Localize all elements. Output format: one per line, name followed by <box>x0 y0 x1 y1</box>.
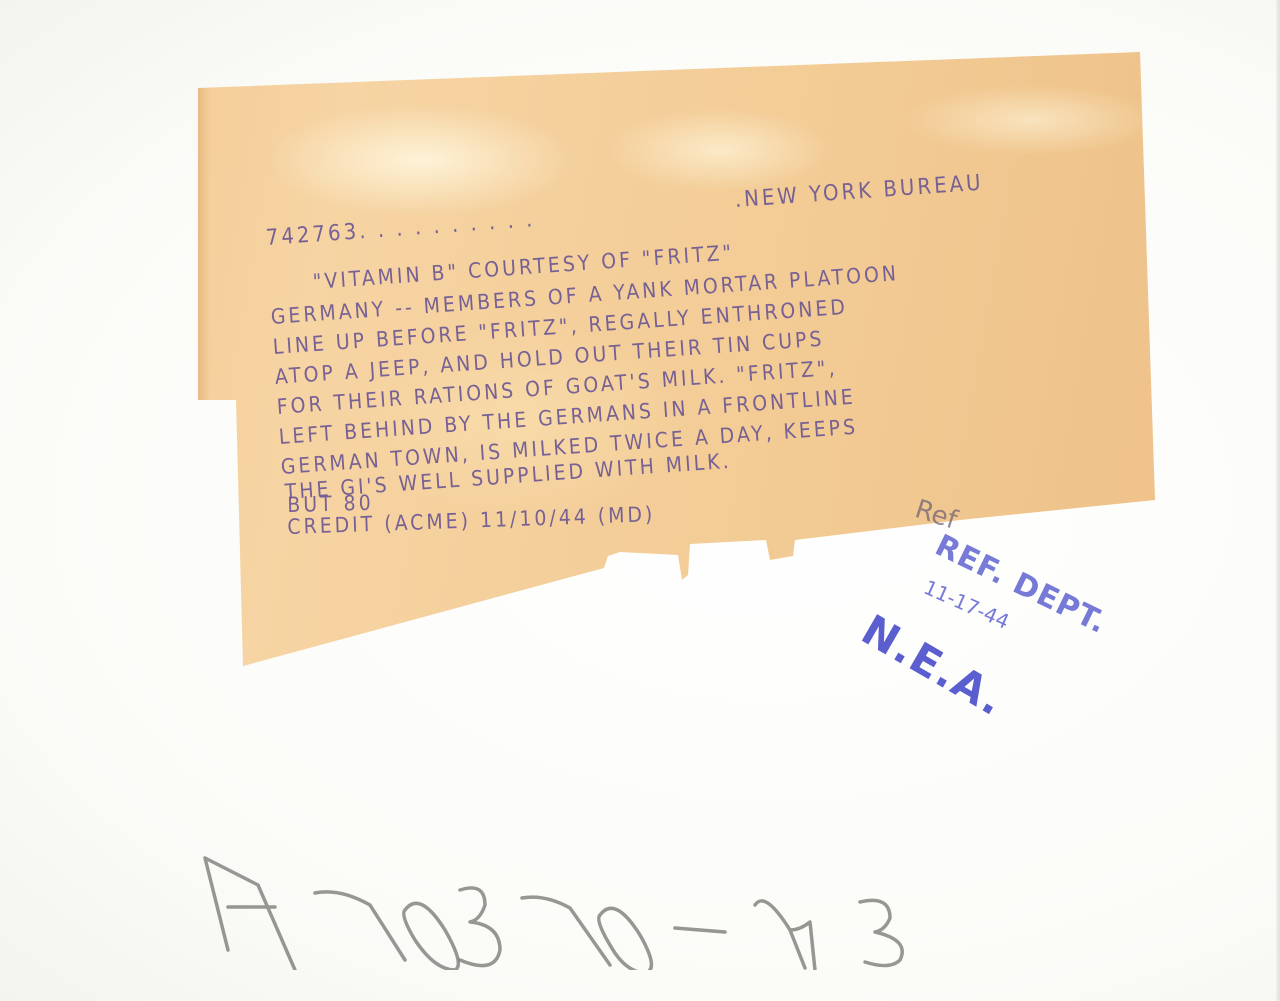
photo-edge <box>1276 0 1280 1001</box>
slip-fold-shadow <box>198 88 210 400</box>
handwritten-file-number <box>200 850 1000 975</box>
